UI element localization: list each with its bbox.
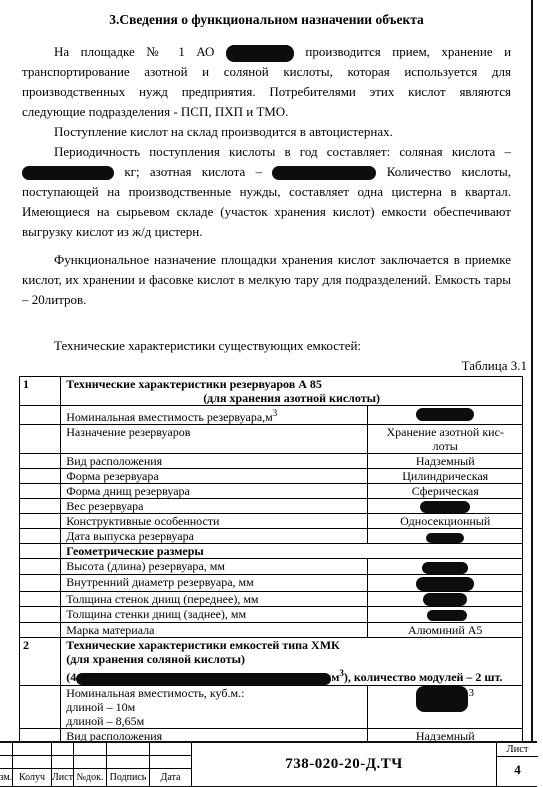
row-label: Номинальная вместимость, куб.м.: длиной … xyxy=(61,685,368,728)
sheet-block: Лист 4 xyxy=(496,743,538,786)
col-label-data: Дата xyxy=(150,769,192,786)
redaction-bar xyxy=(426,533,464,543)
row-label: Высота (длина) резервуара, мм xyxy=(61,559,368,575)
row-label: Вид расположения xyxy=(61,454,368,469)
section-detail: (4м3), количество модулей – 2 шт. xyxy=(66,666,517,684)
paragraph-purpose: Функциональное назначение площадки хране… xyxy=(22,250,511,310)
row-value: Сферическая xyxy=(368,484,523,499)
table-row: Форма днищ резервуара Сферическая xyxy=(20,484,523,499)
row-value: 1 xyxy=(368,559,523,575)
redaction-bar xyxy=(423,593,467,606)
paragraph-frequency: Периодичность поступления кислоты в год … xyxy=(22,142,511,242)
row-value: 20 xyxy=(368,607,523,623)
row-number: 1 xyxy=(20,377,61,406)
page-frame-line xyxy=(531,0,533,741)
row-label: Назначение резервуаров xyxy=(61,425,368,454)
redaction-bar xyxy=(427,610,467,621)
paragraph-table-lead: Технические характеристики существующих … xyxy=(22,336,511,356)
section-subtitle: (для хранения соляной кислоты) xyxy=(66,652,517,666)
title-block-grid: зм. Колуч Лист №док. Подпись Дата xyxy=(0,743,192,786)
row-value xyxy=(368,591,523,607)
table-row: Марка материала Алюминий А5 xyxy=(20,623,523,638)
table-row: Конструктивные особенности Односекционны… xyxy=(20,514,523,529)
col-label-ndoc: №док. xyxy=(74,769,107,786)
table-row: Форма резервуара Цилиндрическая xyxy=(20,469,523,484)
redaction-bar xyxy=(22,166,114,180)
title-block: зм. Колуч Лист №док. Подпись Дата 738-02… xyxy=(0,741,537,787)
table-row: Высота (длина) резервуара, мм 1 xyxy=(20,559,523,575)
page-title: 3.Сведения о функциональном назначении о… xyxy=(22,12,511,28)
redaction-bar xyxy=(420,501,470,513)
paragraph-delivery: Поступление кислот на склад производится… xyxy=(22,122,511,142)
row-value: Цилиндрическая xyxy=(368,469,523,484)
row-value xyxy=(368,575,523,591)
sheet-label: Лист xyxy=(497,743,538,757)
table-row: 1 Технические характеристики резервуаров… xyxy=(20,377,523,406)
table-row: Номинальная вместимость, куб.м.: длиной … xyxy=(20,685,523,728)
section-title: Технические характеристики емкостей типа… xyxy=(66,638,517,652)
row-value: Надземный xyxy=(368,454,523,469)
section-subtitle: (для хранения азотной кислоты) xyxy=(66,391,517,405)
document-page: 3.Сведения о функциональном назначении о… xyxy=(0,0,543,787)
col-label-podpis: Подпись xyxy=(107,769,150,786)
redaction-bar xyxy=(416,577,474,591)
sheet-number: 4 xyxy=(497,757,538,783)
table-row: Внутренний диаметр резервуара, мм xyxy=(20,575,523,591)
row-value: Алюминий А5 xyxy=(368,623,523,638)
paragraph-text: кг; азотная кислота – xyxy=(124,164,262,179)
table-row: Вес резервуара xyxy=(20,499,523,514)
redaction-remnant: 3 xyxy=(468,687,474,699)
row-number: 2 xyxy=(20,638,61,685)
redaction-bar xyxy=(76,673,331,685)
redaction-bar xyxy=(422,562,468,574)
row-label: Внутренний диаметр резервуара, мм xyxy=(61,575,368,591)
paragraph-text: На площадке № 1 АО xyxy=(54,44,214,59)
row-value: 3 xyxy=(368,685,523,728)
row-value: Односекционный xyxy=(368,514,523,529)
col-label-list: Лист xyxy=(52,769,74,786)
row-value xyxy=(368,406,523,425)
document-content: 3.Сведения о функциональном назначении о… xyxy=(22,0,511,774)
col-label-koluch: Колуч xyxy=(13,769,52,786)
row-label: Номинальная вместимость резервуара,м3 xyxy=(61,406,368,425)
table-row: 2 Технические характеристики емкостей ти… xyxy=(20,638,523,685)
document-number: 738-020-20-Д.ТЧ xyxy=(192,743,496,786)
table-row: Толщина стенки днищ (заднее), мм 20 xyxy=(20,607,523,623)
row-label: Дата выпуска резервуара xyxy=(61,529,368,544)
row-label: Конструктивные особенности xyxy=(61,514,368,529)
section-header: Технические характеристики резервуаров А… xyxy=(61,377,523,406)
subsection-title: Геометрические размеры xyxy=(61,544,523,559)
redaction-bar xyxy=(416,686,468,712)
row-label: Толщина стенки днищ (заднее), мм xyxy=(61,607,368,623)
row-value xyxy=(368,499,523,514)
section-header: Технические характеристики емкостей типа… xyxy=(61,638,523,685)
col-label-izm: зм. xyxy=(0,769,13,786)
table-caption: Таблица 3.1 xyxy=(22,358,527,374)
table-row: Дата выпуска резервуара xyxy=(20,529,523,544)
tech-characteristics-table: 1 Технические характеристики резервуаров… xyxy=(19,376,523,774)
table-row: Назначение резервуаров Хранение азотной … xyxy=(20,425,523,454)
redaction-bar xyxy=(226,45,294,62)
row-value xyxy=(368,529,523,544)
row-value: Хранение азотной кис- лоты xyxy=(368,425,523,454)
table-row: Толщина стенок днищ (переднее), мм xyxy=(20,591,523,607)
table-row: Номинальная вместимость резервуара,м3 xyxy=(20,406,523,425)
paragraph-text: Периодичность поступления кислоты в год … xyxy=(54,144,511,159)
paragraph-intro: На площадке № 1 АО производится прием, х… xyxy=(22,42,511,122)
row-label: Вес резервуара xyxy=(61,499,368,514)
row-label: Форма днищ резервуара xyxy=(61,484,368,499)
redaction-bar xyxy=(416,408,474,421)
section-title: Технические характеристики резервуаров А… xyxy=(66,377,517,391)
table-row: Вид расположения Надземный xyxy=(20,454,523,469)
row-label: Форма резервуара xyxy=(61,469,368,484)
table-row: Геометрические размеры xyxy=(20,544,523,559)
redaction-bar xyxy=(272,166,376,180)
row-label: Марка материала xyxy=(61,623,368,638)
row-label: Толщина стенок днищ (переднее), мм xyxy=(61,591,368,607)
